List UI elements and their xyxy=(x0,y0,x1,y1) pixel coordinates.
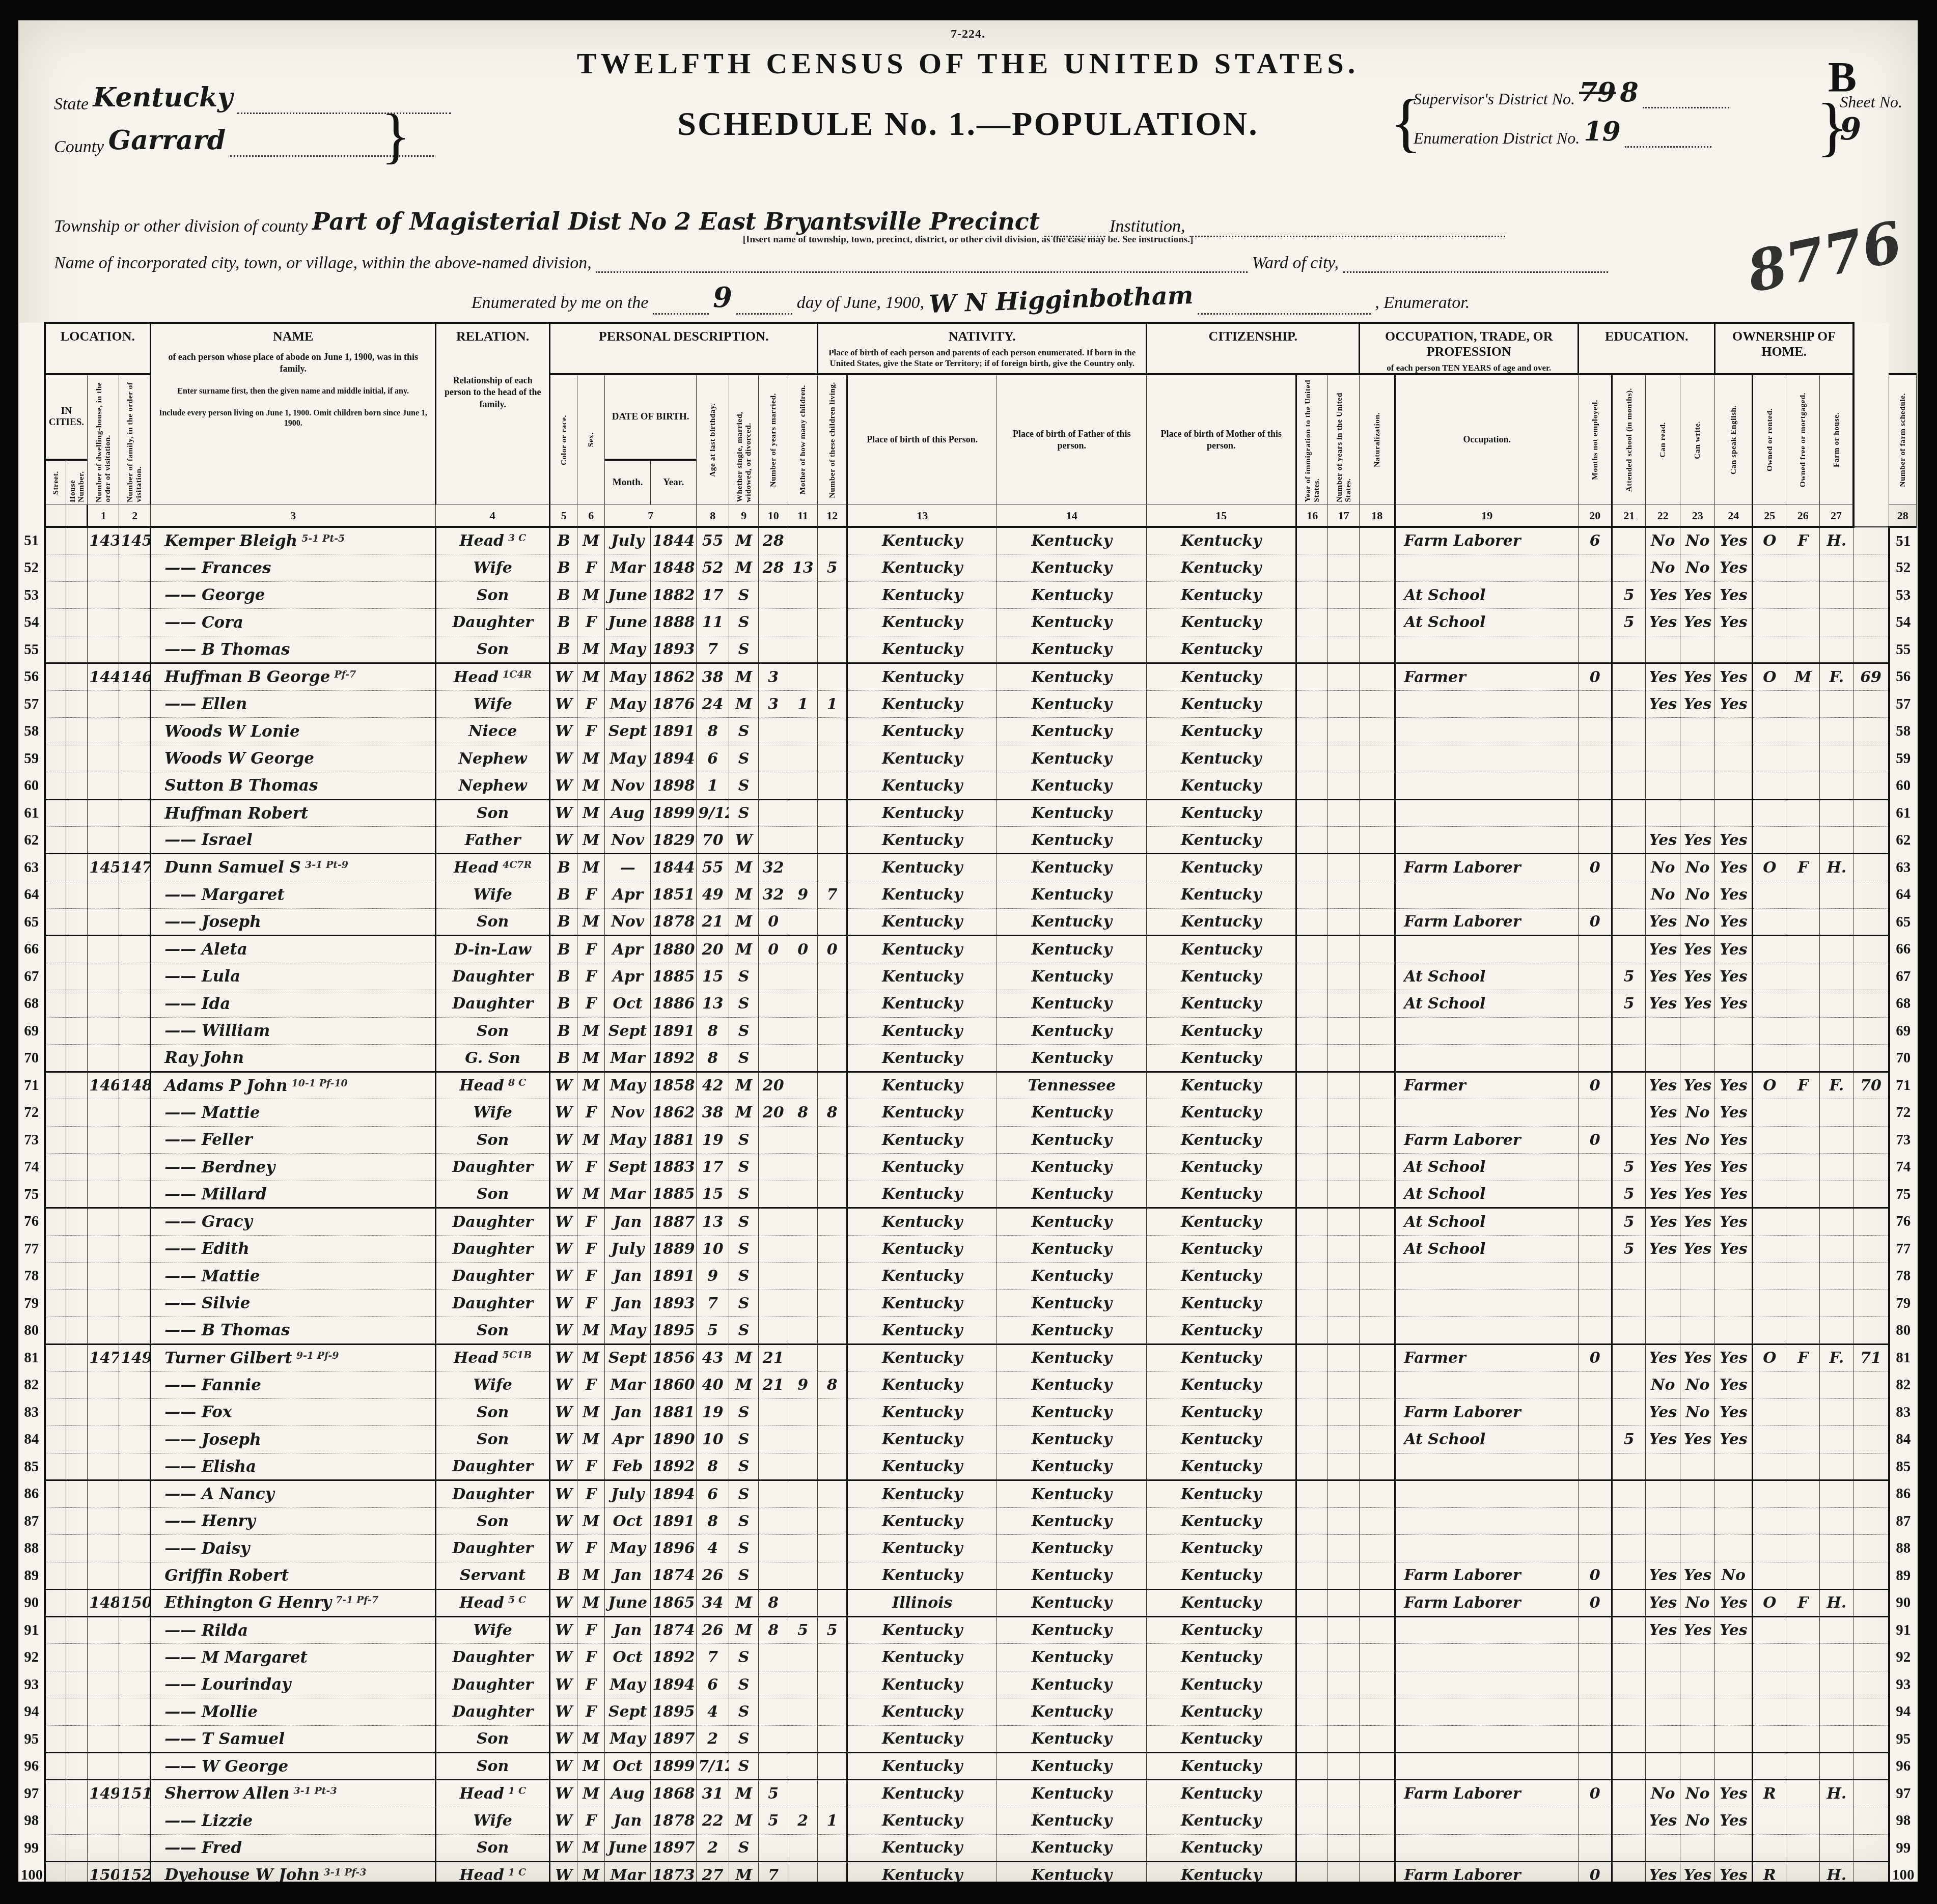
cell-name: Ray John xyxy=(151,1045,436,1072)
cell-fm xyxy=(119,1099,151,1127)
cell-occ: At School xyxy=(1395,1208,1579,1236)
cell-dw xyxy=(88,1834,119,1862)
cell-age: 10 xyxy=(697,1235,729,1263)
cell-rd: Yes xyxy=(1646,1235,1680,1263)
header-nativity: NATIVITY. Place of birth of each person … xyxy=(818,323,1147,374)
cell-or xyxy=(1753,1290,1786,1317)
cell-rd: Yes xyxy=(1646,609,1680,636)
cell-ym xyxy=(759,1753,788,1780)
cell-fr xyxy=(1786,1235,1820,1263)
cell-cl xyxy=(818,1235,847,1263)
cell-yu xyxy=(1328,1099,1360,1127)
cell-rel: Head5C1B xyxy=(436,1344,550,1371)
pencil-annotation: 3-1 Pf-3 xyxy=(320,1867,367,1878)
cell-yr: 1892 xyxy=(651,1644,697,1671)
cell-pm: Kentucky xyxy=(1147,1317,1296,1345)
sheet-no-label: Sheet No. xyxy=(1840,93,1902,111)
cell-yu xyxy=(1328,1725,1360,1753)
cell-rel: Wife xyxy=(436,554,550,582)
cell-pb: Kentucky xyxy=(847,1099,997,1127)
cell-ym xyxy=(759,745,788,772)
cell-ym: 5 xyxy=(759,1780,788,1807)
cell-ym xyxy=(759,1507,788,1535)
cell-im xyxy=(1296,1535,1328,1562)
cell-fh xyxy=(1820,1453,1853,1480)
table-row: 89Griffin RobertServantBMJan187426SKentu… xyxy=(19,1562,1917,1589)
cell-rd: Yes xyxy=(1646,827,1680,854)
line-number-left: 56 xyxy=(19,663,45,691)
cell-yr: 1878 xyxy=(651,908,697,936)
cell-age: 4 xyxy=(697,1698,729,1726)
cell-hn xyxy=(66,854,88,881)
cell-or xyxy=(1753,1834,1786,1862)
cell-wr: No xyxy=(1680,1398,1715,1426)
cell-pm: Kentucky xyxy=(1147,1290,1296,1317)
cell-na xyxy=(1360,1753,1395,1780)
cell-mo: Nov xyxy=(605,772,651,800)
cell-pf: Kentucky xyxy=(997,1426,1147,1453)
cell-rel: Daughter xyxy=(436,1208,550,1236)
cell-mar: S xyxy=(729,990,759,1018)
cell-st xyxy=(45,690,66,718)
table-row: 69—— WilliamSonBMSept18918SKentuckyKentu… xyxy=(19,1017,1917,1045)
line-number-right: 64 xyxy=(1889,881,1917,909)
cell-yr: 1894 xyxy=(651,745,697,772)
cell-occ xyxy=(1395,936,1579,963)
cell-wr: Yes xyxy=(1680,936,1715,963)
cell-mc xyxy=(788,1535,818,1562)
cell-cl xyxy=(818,636,847,663)
cell-en: Yes xyxy=(1715,1426,1753,1453)
cell-fs xyxy=(1853,1807,1889,1835)
cell-pm: Kentucky xyxy=(1147,854,1296,881)
cell-occ: Farm Laborer xyxy=(1395,1126,1579,1154)
cell-mar: M xyxy=(729,1862,759,1882)
cell-fr xyxy=(1786,1426,1820,1453)
cell-pb: Kentucky xyxy=(847,1126,997,1154)
county-label: County xyxy=(54,137,104,156)
cell-st xyxy=(45,881,66,909)
cell-yr: 1886 xyxy=(651,990,697,1018)
cell-occ xyxy=(1395,1017,1579,1045)
cell-im xyxy=(1296,1208,1328,1236)
cell-col: W xyxy=(550,799,577,827)
cell-pm: Kentucky xyxy=(1147,1371,1296,1399)
cell-yr: 1844 xyxy=(651,527,697,554)
cell-age: 38 xyxy=(697,663,729,691)
cell-mar: S xyxy=(729,1126,759,1154)
cell-ym xyxy=(759,1725,788,1753)
cell-yr: 1892 xyxy=(651,1453,697,1480)
cell-st xyxy=(45,1317,66,1345)
line-number-right: 85 xyxy=(1889,1453,1917,1480)
cell-col: W xyxy=(550,1181,577,1208)
cell-fs xyxy=(1853,1126,1889,1154)
cell-sex: F xyxy=(577,690,605,718)
cell-rel: Daughter xyxy=(436,1644,550,1671)
cell-pf: Kentucky xyxy=(997,1181,1147,1208)
cell-hn xyxy=(66,1453,88,1480)
cell-mar: S xyxy=(729,1235,759,1263)
cell-mar: S xyxy=(729,1208,759,1236)
cell-pm: Kentucky xyxy=(1147,1017,1296,1045)
cell-mn xyxy=(1579,1317,1612,1345)
cell-name: —— Ellen xyxy=(151,690,436,718)
cell-pf: Kentucky xyxy=(997,1535,1147,1562)
cell-wr: No xyxy=(1680,1807,1715,1835)
cell-mo: Mar xyxy=(605,1181,651,1208)
cell-fm xyxy=(119,1616,151,1644)
cell-or xyxy=(1753,1453,1786,1480)
cell-sex: M xyxy=(577,581,605,609)
cell-st xyxy=(45,1154,66,1181)
cell-wr xyxy=(1680,1644,1715,1671)
cell-rel: Daughter xyxy=(436,990,550,1018)
cell-rel: Daughter xyxy=(436,1480,550,1508)
cell-occ: Farm Laborer xyxy=(1395,1398,1579,1426)
cell-mo: Oct xyxy=(605,1644,651,1671)
cell-occ: At School xyxy=(1395,1181,1579,1208)
cell-pm: Kentucky xyxy=(1147,772,1296,800)
header-mother-children: Mother of how many children. xyxy=(788,374,818,505)
cell-mc xyxy=(788,963,818,990)
cell-mn xyxy=(1579,799,1612,827)
cell-rd: Yes xyxy=(1646,663,1680,691)
cell-sex: F xyxy=(577,609,605,636)
cell-cl: 8 xyxy=(818,1371,847,1399)
cell-sex: M xyxy=(577,1072,605,1099)
cell-age: 27 xyxy=(697,1862,729,1882)
cell-fm: 146 xyxy=(119,663,151,691)
cell-im xyxy=(1296,1263,1328,1290)
cell-dw xyxy=(88,1398,119,1426)
cell-col: W xyxy=(550,1725,577,1753)
line-number-left: 85 xyxy=(19,1453,45,1480)
cell-age: 2 xyxy=(697,1725,729,1753)
cell-ym xyxy=(759,827,788,854)
cell-dw xyxy=(88,1725,119,1753)
cell-cl xyxy=(818,854,847,881)
cell-sc xyxy=(1612,827,1646,854)
cell-name: —— Fred xyxy=(151,1834,436,1862)
table-row: 76—— GracyDaughterWFJan188713SKentuckyKe… xyxy=(19,1208,1917,1236)
cell-mo: Jan xyxy=(605,1398,651,1426)
table-row: 87—— HenrySonWMOct18918SKentuckyKentucky… xyxy=(19,1507,1917,1535)
cell-pf: Kentucky xyxy=(997,1017,1147,1045)
cell-occ xyxy=(1395,1535,1579,1562)
cell-fr xyxy=(1786,1317,1820,1345)
cell-hn xyxy=(66,1426,88,1453)
cell-or xyxy=(1753,936,1786,963)
cell-sex: M xyxy=(577,1725,605,1753)
header-can-read: Can read. xyxy=(1646,374,1680,505)
cell-wr: Yes xyxy=(1680,609,1715,636)
cell-sc xyxy=(1612,636,1646,663)
cell-mn xyxy=(1579,1807,1612,1835)
line-number-right: 66 xyxy=(1889,936,1917,963)
table-row: 52—— FrancesWifeBFMar184852M28135Kentuck… xyxy=(19,554,1917,582)
cell-rel: Son xyxy=(436,1317,550,1345)
cell-yr: 1898 xyxy=(651,772,697,800)
cell-rel: Son xyxy=(436,1834,550,1862)
cell-ym: 8 xyxy=(759,1616,788,1644)
cell-sc xyxy=(1612,799,1646,827)
cell-mo: May xyxy=(605,1725,651,1753)
cell-mar: M xyxy=(729,554,759,582)
cell-en: Yes xyxy=(1715,1616,1753,1644)
cell-im xyxy=(1296,609,1328,636)
table-row: 86—— A NancyDaughterWFJuly18946SKentucky… xyxy=(19,1480,1917,1508)
cell-st xyxy=(45,636,66,663)
cell-im xyxy=(1296,636,1328,663)
cell-col: B xyxy=(550,554,577,582)
cell-hn xyxy=(66,1562,88,1589)
cell-occ xyxy=(1395,1453,1579,1480)
cell-occ xyxy=(1395,1807,1579,1835)
cell-sex: F xyxy=(577,1208,605,1236)
cell-sex: F xyxy=(577,554,605,582)
cell-fm: 148 xyxy=(119,1072,151,1099)
cell-mn xyxy=(1579,1398,1612,1426)
line-number-left: 59 xyxy=(19,745,45,772)
cell-col: B xyxy=(550,1017,577,1045)
cell-pm: Kentucky xyxy=(1147,690,1296,718)
cell-na xyxy=(1360,1263,1395,1290)
cell-occ xyxy=(1395,881,1579,909)
line-number-left: 70 xyxy=(19,1045,45,1072)
cell-sc xyxy=(1612,1807,1646,1835)
cell-sc xyxy=(1612,1725,1646,1753)
table-row: 88—— DaisyDaughterWFMay18964SKentuckyKen… xyxy=(19,1535,1917,1562)
table-row: 73—— FellerSonWMMay188119SKentuckyKentuc… xyxy=(19,1126,1917,1154)
cell-occ: Farmer xyxy=(1395,1072,1579,1099)
cell-pm: Kentucky xyxy=(1147,1834,1296,1862)
cell-rd xyxy=(1646,1535,1680,1562)
cell-or xyxy=(1753,1181,1786,1208)
cell-im xyxy=(1296,799,1328,827)
header-in-cities: IN CITIES. xyxy=(45,374,88,460)
cell-en xyxy=(1715,1045,1753,1072)
cell-mc xyxy=(788,827,818,854)
cell-sc xyxy=(1612,1753,1646,1780)
column-number: 15 xyxy=(1147,505,1296,527)
cell-sex: M xyxy=(577,527,605,554)
column-number: 3 xyxy=(151,505,436,527)
cell-rd: Yes xyxy=(1646,1181,1680,1208)
header-can-speak-english: Can speak English. xyxy=(1715,374,1753,505)
cell-pm: Kentucky xyxy=(1147,1562,1296,1589)
cell-age: 4 xyxy=(697,1535,729,1562)
cell-rd xyxy=(1646,1453,1680,1480)
pencil-annotation: 1C4R xyxy=(499,669,532,680)
cell-pb: Kentucky xyxy=(847,636,997,663)
column-number: 25 xyxy=(1753,505,1786,527)
header-house-number: House Number. xyxy=(66,460,88,505)
cell-col: B xyxy=(550,581,577,609)
cell-im xyxy=(1296,963,1328,990)
cell-yr: 1896 xyxy=(651,1535,697,1562)
line-number-margin-left xyxy=(19,323,45,527)
cell-mo: Oct xyxy=(605,1753,651,1780)
cell-dw: 143 xyxy=(88,527,119,554)
cell-yu xyxy=(1328,1616,1360,1644)
cell-name: —— Cora xyxy=(151,609,436,636)
cell-yr: 1844 xyxy=(651,854,697,881)
cell-sc xyxy=(1612,1780,1646,1807)
cell-hn xyxy=(66,1616,88,1644)
cell-age: 7/12 xyxy=(697,1753,729,1780)
cell-age: 8 xyxy=(697,1045,729,1072)
cell-sex: M xyxy=(577,1426,605,1453)
cell-mo: June xyxy=(605,1834,651,1862)
cell-na xyxy=(1360,1208,1395,1236)
cell-im xyxy=(1296,1616,1328,1644)
cell-pm: Kentucky xyxy=(1147,1072,1296,1099)
cell-pf: Kentucky xyxy=(997,1099,1147,1127)
cell-age: 55 xyxy=(697,854,729,881)
cell-fr: M xyxy=(1786,663,1820,691)
cell-en: Yes xyxy=(1715,1807,1753,1835)
cell-mo: Feb xyxy=(605,1453,651,1480)
form-number: 7-224. xyxy=(18,20,1918,41)
line-number-left: 53 xyxy=(19,581,45,609)
table-row: 62—— IsraelFatherWMNov182970WKentuckyKen… xyxy=(19,827,1917,854)
cell-rd xyxy=(1646,718,1680,745)
cell-sex: M xyxy=(577,1834,605,1862)
cell-pb: Kentucky xyxy=(847,990,997,1018)
cell-rel: Father xyxy=(436,827,550,854)
cell-name: Dyehouse W John3-1 Pf-3 xyxy=(151,1862,436,1882)
cell-dw xyxy=(88,690,119,718)
cell-col: W xyxy=(550,1780,577,1807)
line-number-right: 92 xyxy=(1889,1644,1917,1671)
cell-yu xyxy=(1328,609,1360,636)
cell-mo: Apr xyxy=(605,1426,651,1453)
line-number-right: 95 xyxy=(1889,1725,1917,1753)
cell-name: —— Rilda xyxy=(151,1616,436,1644)
cell-pf: Kentucky xyxy=(997,1753,1147,1780)
cell-na xyxy=(1360,581,1395,609)
cell-im xyxy=(1296,1807,1328,1835)
cell-hn xyxy=(66,609,88,636)
cell-ym xyxy=(759,1154,788,1181)
cell-occ xyxy=(1395,1834,1579,1862)
cell-age: 9/12 xyxy=(697,799,729,827)
pencil-annotation: 3-1 Pt-3 xyxy=(290,1785,337,1797)
cell-pb: Kentucky xyxy=(847,1644,997,1671)
cell-fr: F xyxy=(1786,527,1820,554)
cell-fh xyxy=(1820,1562,1853,1589)
cell-occ xyxy=(1395,690,1579,718)
line-number-right: 77 xyxy=(1889,1235,1917,1263)
cell-yu xyxy=(1328,663,1360,691)
table-row: 56144146Huffman B GeorgePf-7Head1C4RWMMa… xyxy=(19,663,1917,691)
header-owned-rented: Owned or rented. xyxy=(1753,374,1786,505)
cell-sc xyxy=(1612,690,1646,718)
cell-fm xyxy=(119,799,151,827)
line-number-right: 91 xyxy=(1889,1616,1917,1644)
line-number-left: 87 xyxy=(19,1507,45,1535)
cell-pb: Kentucky xyxy=(847,1398,997,1426)
cell-pb: Kentucky xyxy=(847,1263,997,1290)
cell-mn xyxy=(1579,581,1612,609)
cell-yr: 1862 xyxy=(651,663,697,691)
line-number-right: 60 xyxy=(1889,772,1917,800)
cell-en xyxy=(1715,1834,1753,1862)
cell-hn xyxy=(66,745,88,772)
column-number: 12 xyxy=(818,505,847,527)
cell-col: W xyxy=(550,1126,577,1154)
cell-mo: Apr xyxy=(605,963,651,990)
line-number-right: 67 xyxy=(1889,963,1917,990)
cell-st xyxy=(45,1780,66,1807)
cell-na xyxy=(1360,827,1395,854)
cell-dw xyxy=(88,1045,119,1072)
cell-mo: Mar xyxy=(605,1045,651,1072)
cell-age: 19 xyxy=(697,1126,729,1154)
line-number-right: 97 xyxy=(1889,1780,1917,1807)
cell-rd xyxy=(1646,799,1680,827)
cell-st xyxy=(45,827,66,854)
cell-mar: M xyxy=(729,527,759,554)
cell-cl: 7 xyxy=(818,881,847,909)
cell-pb: Kentucky xyxy=(847,663,997,691)
cell-name: —— Joseph xyxy=(151,908,436,936)
cell-pb: Kentucky xyxy=(847,609,997,636)
cell-pm: Kentucky xyxy=(1147,1181,1296,1208)
cell-rel: Head4C7R xyxy=(436,854,550,881)
cell-sc xyxy=(1612,1644,1646,1671)
census-title: TWELFTH CENSUS OF THE UNITED STATES. xyxy=(18,46,1918,80)
cell-pf: Kentucky xyxy=(997,1263,1147,1290)
cell-mo: Aug xyxy=(605,799,651,827)
cell-rd xyxy=(1646,1290,1680,1317)
cell-wr xyxy=(1680,1045,1715,1072)
column-number: 2 xyxy=(119,505,151,527)
cell-pf: Kentucky xyxy=(997,581,1147,609)
cell-st xyxy=(45,1698,66,1726)
cell-mo: Jan xyxy=(605,1290,651,1317)
cell-fr xyxy=(1786,1154,1820,1181)
cell-cl xyxy=(818,663,847,691)
cell-rd xyxy=(1646,1834,1680,1862)
cell-fs xyxy=(1853,1644,1889,1671)
cell-fr xyxy=(1786,636,1820,663)
cell-rd: Yes xyxy=(1646,990,1680,1018)
cell-im xyxy=(1296,1290,1328,1317)
cell-mo: May xyxy=(605,1671,651,1698)
header-immigration-year: Year of immigration to the United States… xyxy=(1296,374,1328,505)
cell-en: Yes xyxy=(1715,527,1753,554)
table-row: 63145147Dunn Samuel S3-1 Pt-9Head4C7RBM—… xyxy=(19,854,1917,881)
census-sheet: 7-224. TWELFTH CENSUS OF THE UNITED STAT… xyxy=(18,20,1918,1882)
cell-fm xyxy=(119,1753,151,1780)
cell-rd xyxy=(1646,636,1680,663)
cell-rd: No xyxy=(1646,554,1680,582)
cell-cl xyxy=(818,1698,847,1726)
cell-pb: Kentucky xyxy=(847,1780,997,1807)
cell-st xyxy=(45,1263,66,1290)
line-number-right: 93 xyxy=(1889,1671,1917,1698)
table-row: 58Woods W LonieNieceWFSept18918SKentucky… xyxy=(19,718,1917,745)
institution-label: Institution, xyxy=(1110,217,1185,236)
cell-rd: Yes xyxy=(1646,1398,1680,1426)
cell-sex: M xyxy=(577,1507,605,1535)
cell-fs xyxy=(1853,827,1889,854)
cell-na xyxy=(1360,663,1395,691)
cell-pf: Kentucky xyxy=(997,1807,1147,1835)
cell-name: Kemper Bleigh5-1 Pt-5 xyxy=(151,527,436,554)
